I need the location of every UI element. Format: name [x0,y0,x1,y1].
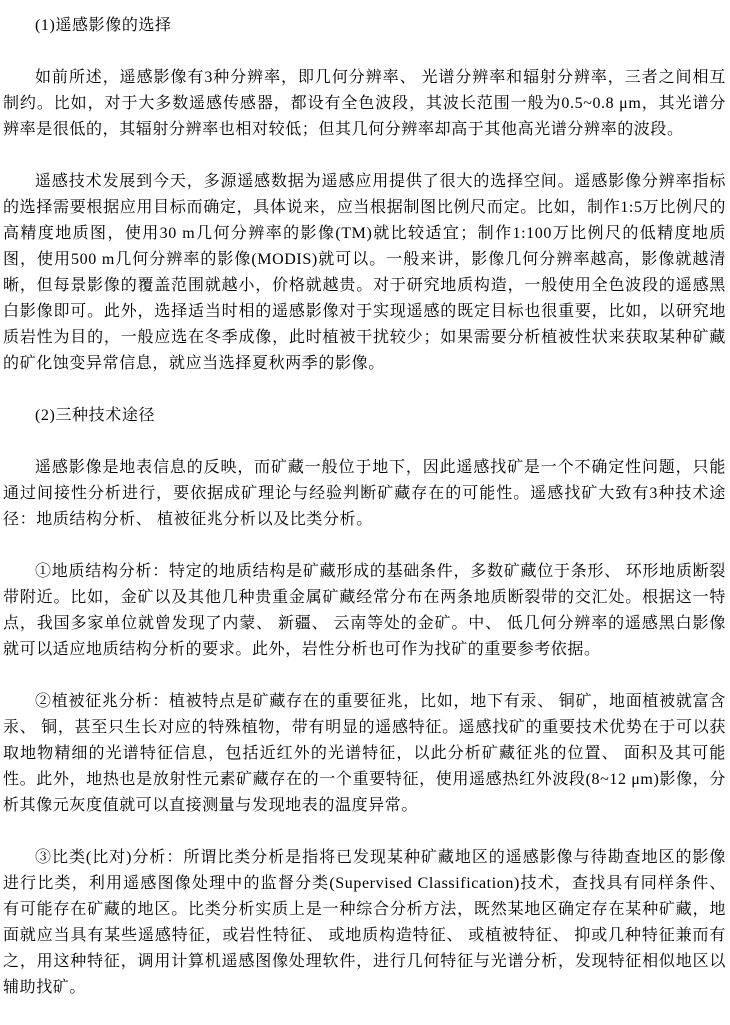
document-page: (1)遥感影像的选择 如前所述，遥感影像有3种分辨率，即几何分辨率、 光谱分辨率… [0,0,730,1025]
paragraph-comparison-analysis: ③比类(比对)分析：所谓比类分析是指将已发现某种矿藏地区的遥感影像与待勘查地区的… [3,845,726,1001]
paragraph-vegetation-sign-analysis: ②植被征兆分析：植被特点是矿藏存在的重要征兆，比如，地下有汞、 铜矿，地面植被就… [3,689,726,819]
paragraph-image-choice: 遥感技术发展到今天，多源遥感数据为遥感应用提供了很大的选择空间。遥感影像分辨率指… [3,169,726,377]
paragraph-geologic-structure-analysis: ①地质结构分析：特定的地质结构是矿藏形成的基础条件，多数矿藏位于条形、 环形地质… [3,559,726,663]
paragraph-resolutions: 如前所述，遥感影像有3种分辨率，即几何分辨率、 光谱分辨率和辐射分辨率，三者之间… [3,65,726,143]
section-heading-1: (1)遥感影像的选择 [3,13,726,39]
section-heading-2: (2)三种技术途径 [3,403,726,429]
paragraph-three-approaches: 遥感影像是地表信息的反映，而矿藏一般位于地下，因此遥感找矿是一个不确定性问题，只… [3,455,726,533]
